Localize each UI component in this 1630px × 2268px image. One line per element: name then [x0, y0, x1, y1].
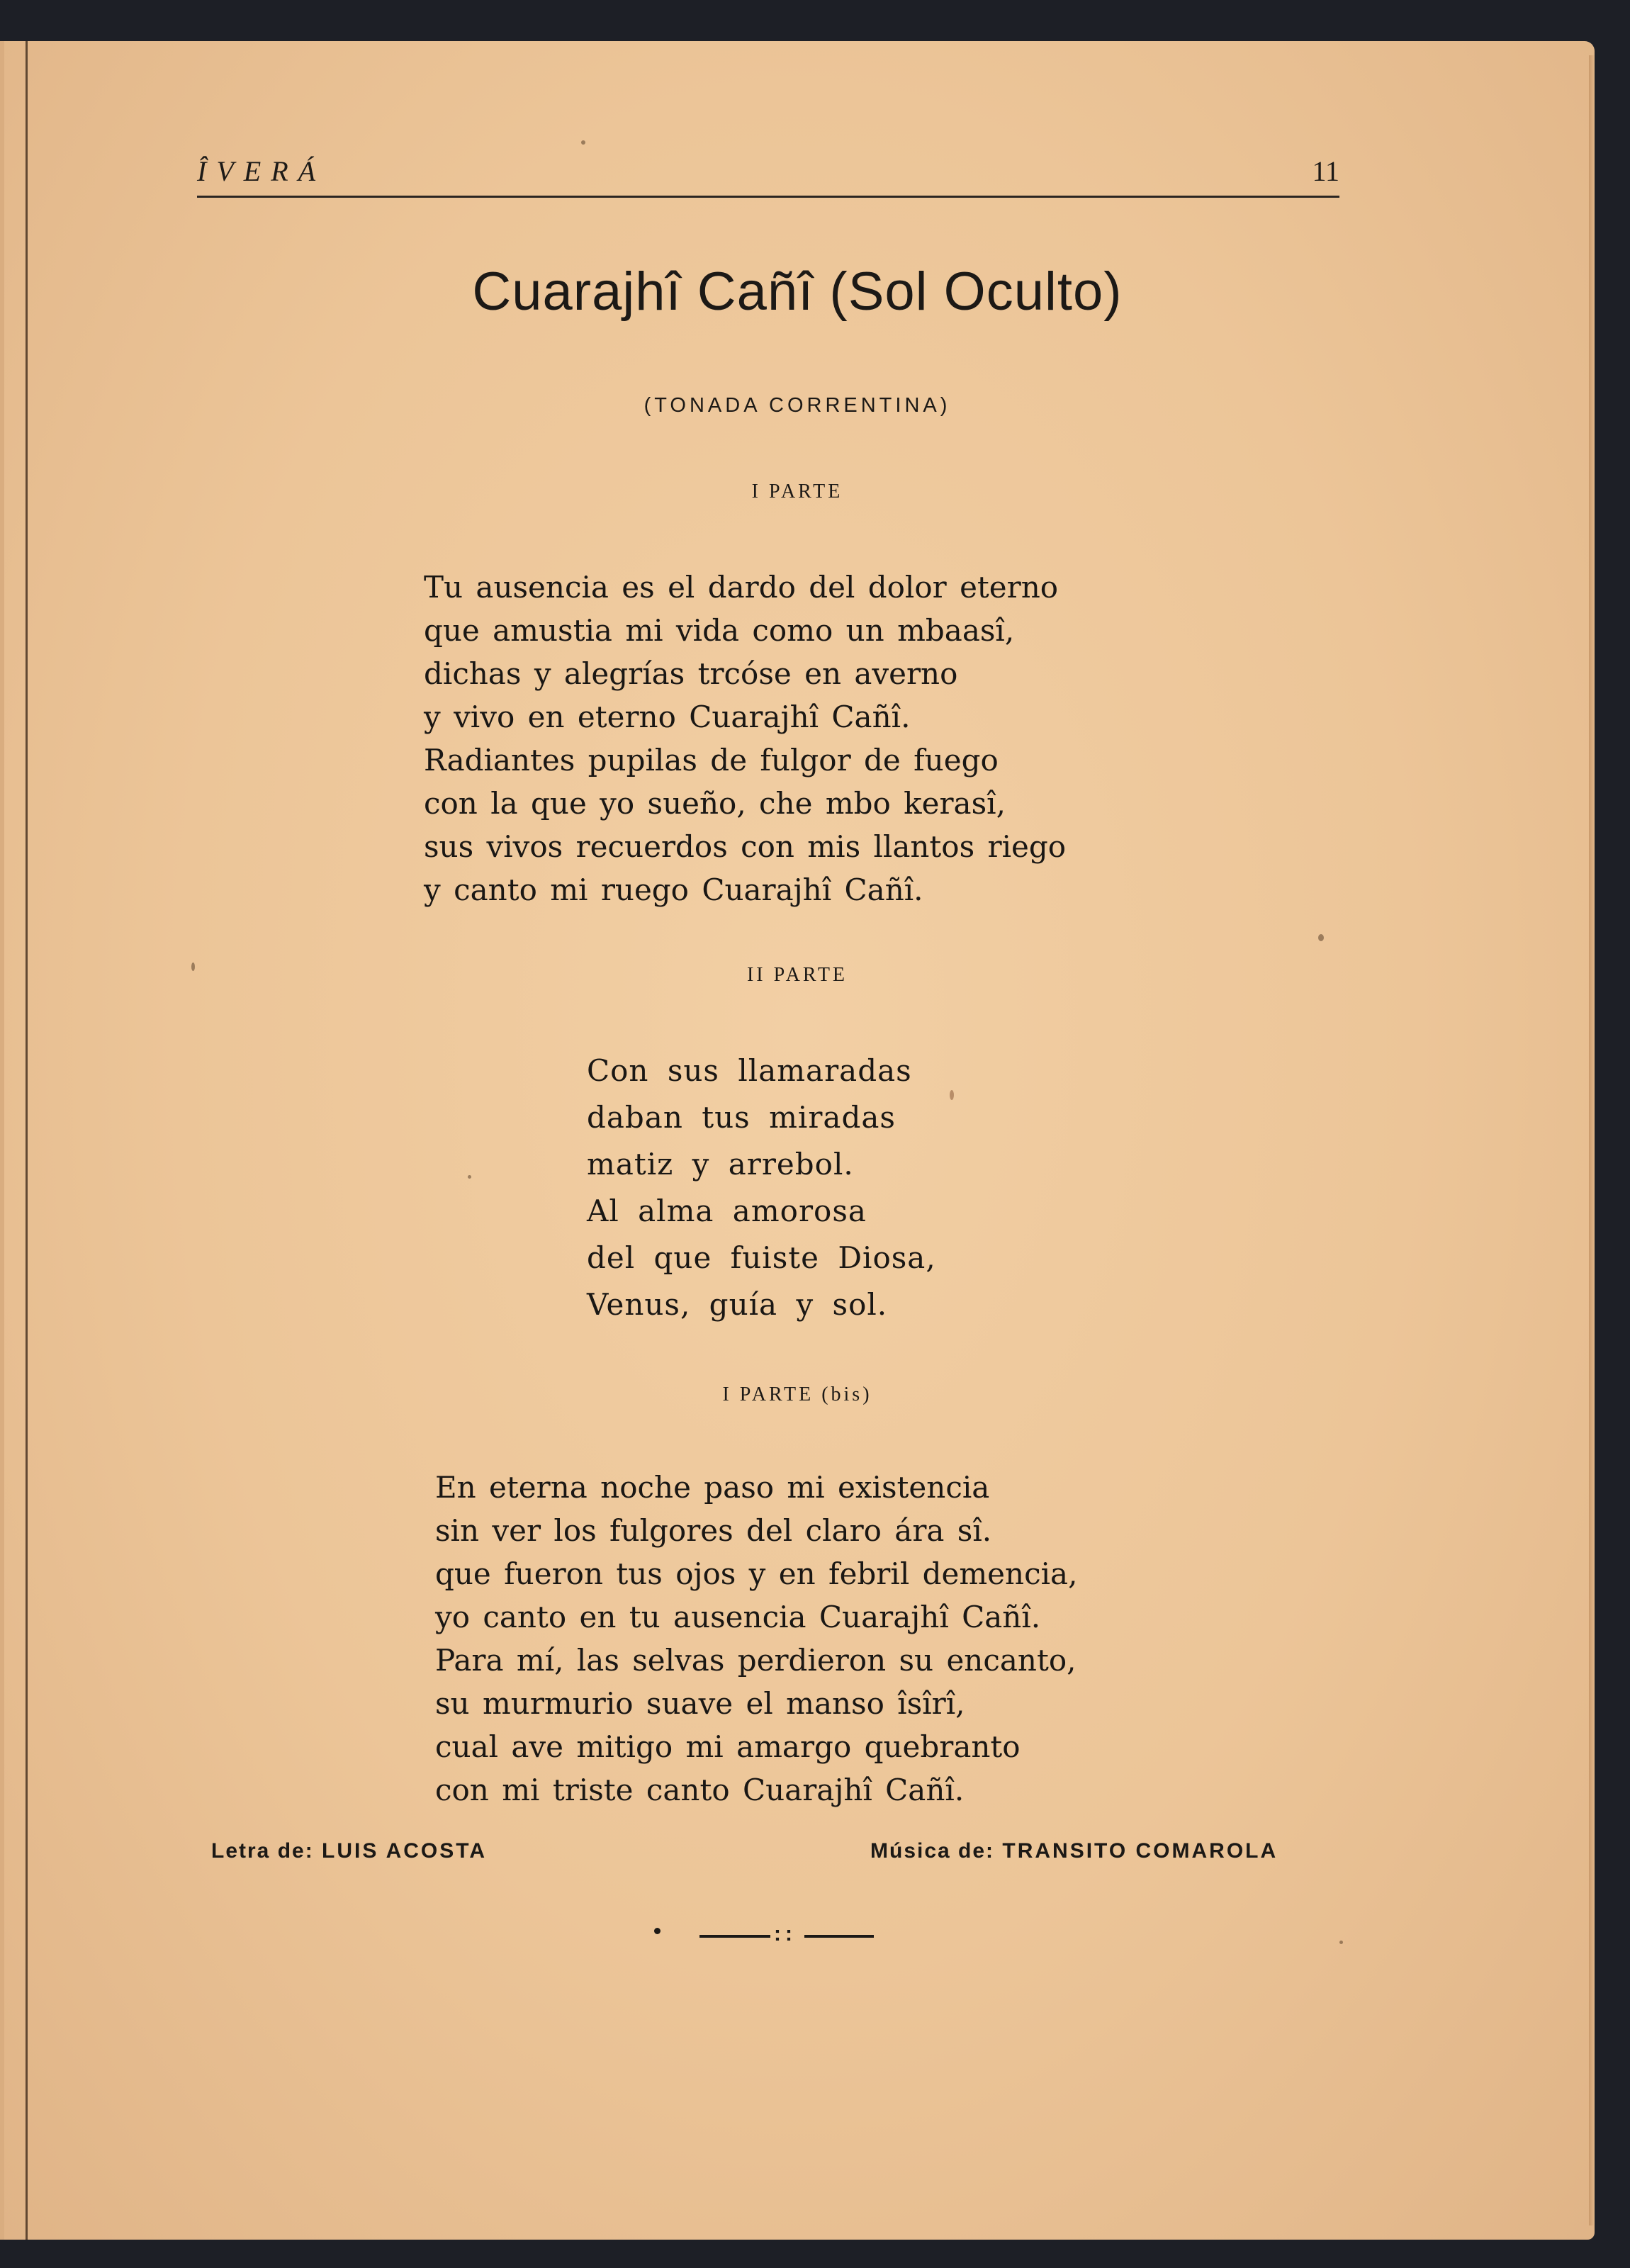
page-number: 11 [1312, 155, 1339, 188]
verse-line: sus vivos recuerdos con mis llantos rieg… [424, 825, 1066, 868]
verse-line: sin ver los fulgores del claro ára sî. [435, 1509, 1077, 1552]
running-header: ÎVERÁ 11 [197, 155, 1339, 197]
verse-line: con mi triste canto Cuarajhî Cañî. [435, 1768, 1077, 1812]
stanza-i-parte-bis: En eterna noche paso mi existencia sin v… [435, 1466, 1077, 1812]
verse-line: Para mí, las selvas perdieron su encanto… [435, 1639, 1077, 1682]
stanza-ii-parte: Con sus llamaradas daban tus miradas mat… [587, 1048, 936, 1328]
verse-line: cual ave mitigo mi amargo quebranto [435, 1725, 1077, 1768]
verse-line: su murmurio suave el manso îsîrî, [435, 1682, 1077, 1725]
paper-speck [468, 1175, 471, 1179]
paper-speck [1339, 1941, 1343, 1944]
verse-line: En eterna noche paso mi existencia [435, 1466, 1077, 1509]
paper-speck [950, 1090, 954, 1100]
section-heading-i-parte-bis: I PARTE (bis) [0, 1383, 1595, 1406]
section-heading-ii-parte: II PARTE [0, 964, 1595, 987]
verse-line: con la que yo sueño, che mbo kerasî, [424, 782, 1066, 825]
stanza-i-parte: Tu ausencia es el dardo del dolor eterno… [424, 566, 1066, 911]
verse-line: matiz y arrebol. [587, 1141, 936, 1188]
verse-line: y vivo en eterno Cuarajhî Cañî. [424, 695, 1066, 739]
section-heading-i-parte: I PARTE [0, 481, 1595, 503]
verse-line: Al alma amorosa [587, 1188, 936, 1235]
binding-line [26, 41, 28, 2240]
verse-line: que amustia mi vida como un mbaasî, [424, 609, 1066, 652]
verse-line: daban tus miradas [587, 1094, 936, 1141]
page-edge [1589, 55, 1595, 2225]
verse-line: y canto mi ruego Cuarajhî Cañî. [424, 868, 1066, 911]
verse-line: del que fuiste Diosa, [587, 1235, 936, 1281]
verse-line: Radiantes pupilas de fulgor de fuego [424, 739, 1066, 782]
verse-line: que fueron tus ojos y en febril demencia… [435, 1552, 1077, 1595]
scanned-page: ÎVERÁ 11 Cuarajhî Cañî (Sol Oculto) (TON… [0, 41, 1595, 2240]
music-label: Música de: [870, 1839, 994, 1863]
verse-line: yo canto en tu ausencia Cuarajhî Cañî. [435, 1595, 1077, 1639]
ornament-rule-left [699, 1935, 770, 1938]
verse-line: Con sus llamaradas [587, 1048, 936, 1094]
song-title: Cuarajhî Cañî (Sol Oculto) [0, 261, 1595, 322]
lyrics-author: LUIS ACOSTA [322, 1839, 487, 1863]
verse-line: Tu ausencia es el dardo del dolor eterno [424, 566, 1066, 609]
paper-speck [581, 140, 585, 145]
end-ornament: :: [652, 1922, 886, 1943]
verse-line: dichas y alegrías trcóse en averno [424, 652, 1066, 695]
paper-speck [1318, 934, 1324, 941]
lyrics-label: Letra de: [211, 1839, 314, 1863]
header-rule [197, 196, 1339, 198]
ornament-separator: :: [774, 1922, 797, 1946]
ornament-rule-right [804, 1935, 874, 1938]
lyrics-credit: Letra de: LUIS ACOSTA [211, 1839, 487, 1863]
music-author: TRANSITO COMAROLA [1002, 1839, 1278, 1863]
verse-line: Venus, guía y sol. [587, 1281, 936, 1328]
music-credit: Música de: TRANSITO COMAROLA [870, 1839, 1278, 1863]
running-title: ÎVERÁ [197, 155, 325, 188]
song-subtitle: (TONADA CORRENTINA) [0, 394, 1595, 417]
ornament-dot [654, 1928, 661, 1934]
